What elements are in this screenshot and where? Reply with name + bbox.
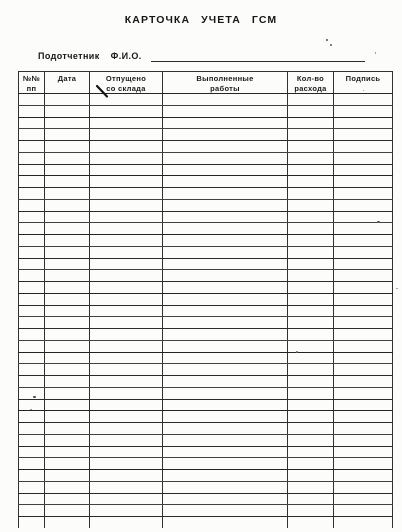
table-row bbox=[19, 376, 393, 388]
scan-speck bbox=[330, 44, 332, 46]
empty-cell bbox=[90, 270, 163, 282]
col-header-number: №№ пп bbox=[19, 72, 45, 94]
table-region: №№ пп Дата Отпущено со склада bbox=[18, 71, 396, 528]
empty-cell bbox=[19, 235, 45, 247]
empty-cell bbox=[163, 340, 288, 352]
col-header-line: Дата bbox=[45, 74, 89, 84]
empty-cell bbox=[288, 446, 334, 458]
empty-cell bbox=[90, 258, 163, 270]
empty-cell bbox=[45, 282, 90, 294]
empty-cell bbox=[19, 152, 45, 164]
empty-cell bbox=[288, 352, 334, 364]
scan-speck bbox=[396, 288, 398, 289]
empty-cell bbox=[45, 188, 90, 200]
col-header-line: пп bbox=[19, 84, 44, 94]
form-title: КАРТОЧКА УЧЕТА ГСМ bbox=[0, 14, 402, 26]
empty-cell bbox=[19, 164, 45, 176]
empty-cell bbox=[334, 94, 393, 106]
scan-speck bbox=[33, 396, 36, 398]
empty-cell bbox=[19, 305, 45, 317]
empty-cell bbox=[45, 517, 90, 529]
table-row bbox=[19, 129, 393, 141]
table-row bbox=[19, 270, 393, 282]
empty-cell bbox=[90, 235, 163, 247]
empty-cell bbox=[19, 481, 45, 493]
empty-cell bbox=[334, 105, 393, 117]
empty-cell bbox=[90, 505, 163, 517]
empty-cell bbox=[19, 258, 45, 270]
table-row bbox=[19, 94, 393, 106]
empty-cell bbox=[163, 434, 288, 446]
empty-cell bbox=[288, 117, 334, 129]
empty-cell bbox=[45, 411, 90, 423]
empty-cell bbox=[45, 199, 90, 211]
empty-cell bbox=[45, 293, 90, 305]
empty-cell bbox=[288, 141, 334, 153]
empty-cell bbox=[334, 152, 393, 164]
table-row bbox=[19, 246, 393, 258]
empty-cell bbox=[163, 305, 288, 317]
empty-cell bbox=[288, 164, 334, 176]
table-row bbox=[19, 505, 393, 517]
empty-cell bbox=[45, 246, 90, 258]
empty-cell bbox=[163, 282, 288, 294]
empty-cell bbox=[288, 340, 334, 352]
empty-cell bbox=[163, 329, 288, 341]
empty-cell bbox=[163, 411, 288, 423]
col-header-line: Кол-во bbox=[288, 74, 333, 84]
empty-cell bbox=[45, 364, 90, 376]
empty-cell bbox=[19, 105, 45, 117]
empty-cell bbox=[45, 423, 90, 435]
empty-cell bbox=[334, 282, 393, 294]
empty-cell bbox=[163, 94, 288, 106]
empty-cell bbox=[19, 517, 45, 529]
empty-cell bbox=[19, 352, 45, 364]
empty-cell bbox=[19, 423, 45, 435]
empty-cell bbox=[90, 423, 163, 435]
empty-cell bbox=[90, 141, 163, 153]
col-header-line: расхода bbox=[288, 84, 333, 94]
empty-cell bbox=[90, 411, 163, 423]
empty-cell bbox=[19, 94, 45, 106]
accountable-person-row: Подотчетник Ф.И.О. bbox=[38, 49, 365, 62]
empty-cell bbox=[334, 411, 393, 423]
empty-cell bbox=[288, 399, 334, 411]
col-header-line: №№ bbox=[19, 74, 44, 84]
empty-cell bbox=[288, 258, 334, 270]
empty-cell bbox=[163, 176, 288, 188]
fio-label: Ф.И.О. bbox=[111, 51, 142, 62]
table-row bbox=[19, 411, 393, 423]
empty-cell bbox=[334, 387, 393, 399]
table-row bbox=[19, 517, 393, 529]
empty-cell bbox=[334, 423, 393, 435]
empty-cell bbox=[90, 446, 163, 458]
table-row bbox=[19, 258, 393, 270]
col-header-line: Выполненные bbox=[163, 74, 287, 84]
empty-cell bbox=[334, 329, 393, 341]
empty-cell bbox=[334, 176, 393, 188]
empty-cell bbox=[163, 246, 288, 258]
empty-cell bbox=[45, 105, 90, 117]
empty-cell bbox=[90, 293, 163, 305]
empty-cell bbox=[45, 152, 90, 164]
empty-cell bbox=[90, 105, 163, 117]
empty-cell bbox=[90, 481, 163, 493]
empty-cell bbox=[19, 411, 45, 423]
empty-cell bbox=[90, 211, 163, 223]
scan-speck bbox=[296, 351, 298, 353]
empty-cell bbox=[288, 223, 334, 235]
empty-cell bbox=[288, 270, 334, 282]
empty-cell bbox=[334, 317, 393, 329]
empty-cell bbox=[163, 517, 288, 529]
empty-cell bbox=[288, 293, 334, 305]
empty-cell bbox=[288, 470, 334, 482]
empty-cell bbox=[334, 517, 393, 529]
empty-cell bbox=[163, 458, 288, 470]
empty-cell bbox=[163, 164, 288, 176]
col-header-line: работы bbox=[163, 84, 287, 94]
table-row bbox=[19, 317, 393, 329]
empty-cell bbox=[19, 141, 45, 153]
table-row bbox=[19, 152, 393, 164]
empty-cell bbox=[19, 364, 45, 376]
empty-cell bbox=[45, 235, 90, 247]
empty-cell bbox=[90, 493, 163, 505]
empty-cell bbox=[19, 246, 45, 258]
empty-cell bbox=[19, 117, 45, 129]
empty-cell bbox=[90, 434, 163, 446]
empty-cell bbox=[288, 423, 334, 435]
empty-cell bbox=[334, 446, 393, 458]
empty-cell bbox=[45, 258, 90, 270]
empty-cell bbox=[90, 387, 163, 399]
col-header-line: Отпущено bbox=[90, 74, 162, 84]
empty-cell bbox=[90, 317, 163, 329]
empty-cell bbox=[163, 317, 288, 329]
empty-cell bbox=[90, 117, 163, 129]
table-row bbox=[19, 470, 393, 482]
empty-cell bbox=[163, 446, 288, 458]
empty-cell bbox=[19, 199, 45, 211]
empty-cell bbox=[19, 270, 45, 282]
empty-cell bbox=[45, 270, 90, 282]
scan-speck bbox=[363, 90, 364, 91]
empty-cell bbox=[19, 223, 45, 235]
fuel-log-table: №№ пп Дата Отпущено со склада bbox=[18, 71, 393, 528]
empty-cell bbox=[334, 117, 393, 129]
empty-cell bbox=[45, 141, 90, 153]
empty-cell bbox=[45, 164, 90, 176]
empty-cell bbox=[90, 282, 163, 294]
empty-cell bbox=[163, 493, 288, 505]
col-header-line: Подпись bbox=[334, 74, 392, 84]
empty-cell bbox=[45, 505, 90, 517]
empty-cell bbox=[163, 270, 288, 282]
empty-cell bbox=[45, 470, 90, 482]
table-row bbox=[19, 399, 393, 411]
empty-cell bbox=[163, 376, 288, 388]
empty-cell bbox=[163, 152, 288, 164]
header-row: №№ пп Дата Отпущено со склада bbox=[19, 72, 393, 94]
col-header-performed-works: Выполненные работы bbox=[163, 72, 288, 94]
empty-cell bbox=[334, 434, 393, 446]
empty-cell bbox=[288, 434, 334, 446]
table-row bbox=[19, 164, 393, 176]
empty-cell bbox=[19, 458, 45, 470]
table-row bbox=[19, 493, 393, 505]
empty-cell bbox=[163, 199, 288, 211]
empty-cell bbox=[288, 481, 334, 493]
table-row bbox=[19, 434, 393, 446]
empty-cell bbox=[45, 176, 90, 188]
table-row bbox=[19, 105, 393, 117]
scan-speck bbox=[375, 52, 376, 54]
empty-cell bbox=[163, 258, 288, 270]
table-row bbox=[19, 282, 393, 294]
empty-cell bbox=[45, 481, 90, 493]
empty-cell bbox=[288, 152, 334, 164]
empty-cell bbox=[90, 329, 163, 341]
empty-cell bbox=[19, 211, 45, 223]
empty-cell bbox=[163, 235, 288, 247]
table-row bbox=[19, 329, 393, 341]
fuel-card-form: КАРТОЧКА УЧЕТА ГСМ Подотчетник Ф.И.О. №№… bbox=[0, 0, 402, 532]
empty-cell bbox=[288, 129, 334, 141]
empty-cell bbox=[19, 188, 45, 200]
empty-cell bbox=[163, 117, 288, 129]
empty-cell bbox=[288, 317, 334, 329]
empty-cell bbox=[19, 470, 45, 482]
empty-cell bbox=[334, 188, 393, 200]
empty-cell bbox=[288, 411, 334, 423]
empty-cell bbox=[334, 352, 393, 364]
table-row bbox=[19, 352, 393, 364]
empty-cell bbox=[288, 376, 334, 388]
empty-cell bbox=[163, 223, 288, 235]
table-row bbox=[19, 176, 393, 188]
empty-cell bbox=[334, 305, 393, 317]
table-row bbox=[19, 293, 393, 305]
table-row bbox=[19, 141, 393, 153]
table-row bbox=[19, 211, 393, 223]
empty-cell bbox=[45, 223, 90, 235]
empty-cell bbox=[19, 293, 45, 305]
empty-cell bbox=[90, 152, 163, 164]
empty-cell bbox=[90, 188, 163, 200]
empty-cell bbox=[334, 470, 393, 482]
table-header: №№ пп Дата Отпущено со склада bbox=[19, 72, 393, 94]
empty-cell bbox=[19, 129, 45, 141]
empty-cell bbox=[45, 129, 90, 141]
empty-cell bbox=[45, 117, 90, 129]
empty-cell bbox=[288, 235, 334, 247]
empty-cell bbox=[45, 340, 90, 352]
empty-cell bbox=[334, 129, 393, 141]
empty-cell bbox=[45, 399, 90, 411]
empty-cell bbox=[45, 211, 90, 223]
empty-cell bbox=[334, 199, 393, 211]
empty-cell bbox=[163, 293, 288, 305]
empty-cell bbox=[90, 399, 163, 411]
empty-cell bbox=[334, 293, 393, 305]
empty-cell bbox=[163, 364, 288, 376]
empty-cell bbox=[334, 164, 393, 176]
col-header-date: Дата bbox=[45, 72, 90, 94]
empty-cell bbox=[45, 317, 90, 329]
empty-cell bbox=[288, 305, 334, 317]
empty-cell bbox=[334, 399, 393, 411]
empty-cell bbox=[288, 505, 334, 517]
empty-cell bbox=[19, 493, 45, 505]
table-row bbox=[19, 305, 393, 317]
empty-cell bbox=[45, 376, 90, 388]
empty-cell bbox=[45, 305, 90, 317]
empty-cell bbox=[334, 270, 393, 282]
empty-cell bbox=[90, 340, 163, 352]
empty-cell bbox=[90, 246, 163, 258]
col-header-issued-from-warehouse: Отпущено со склада bbox=[90, 72, 163, 94]
empty-cell bbox=[288, 94, 334, 106]
table-row bbox=[19, 446, 393, 458]
empty-cell bbox=[90, 470, 163, 482]
empty-cell bbox=[90, 223, 163, 235]
table-row bbox=[19, 235, 393, 247]
empty-cell bbox=[288, 211, 334, 223]
empty-cell bbox=[334, 258, 393, 270]
table-row bbox=[19, 458, 393, 470]
empty-cell bbox=[90, 376, 163, 388]
empty-cell bbox=[45, 446, 90, 458]
empty-cell bbox=[288, 199, 334, 211]
empty-cell bbox=[90, 364, 163, 376]
pen-slash-mark bbox=[96, 85, 109, 98]
table-row bbox=[19, 387, 393, 399]
empty-cell bbox=[334, 458, 393, 470]
empty-cell bbox=[90, 352, 163, 364]
empty-cell bbox=[163, 470, 288, 482]
empty-cell bbox=[163, 481, 288, 493]
scan-speck bbox=[326, 39, 328, 41]
scan-speck bbox=[30, 409, 32, 410]
empty-cell bbox=[45, 458, 90, 470]
empty-cell bbox=[163, 211, 288, 223]
empty-cell bbox=[90, 176, 163, 188]
empty-cell bbox=[90, 305, 163, 317]
table-row bbox=[19, 188, 393, 200]
empty-cell bbox=[19, 176, 45, 188]
empty-cell bbox=[288, 329, 334, 341]
empty-cell bbox=[288, 458, 334, 470]
empty-cell bbox=[45, 94, 90, 106]
empty-cell bbox=[163, 352, 288, 364]
empty-cell bbox=[19, 387, 45, 399]
empty-cell bbox=[45, 493, 90, 505]
fio-blank-line bbox=[151, 50, 365, 62]
empty-cell bbox=[19, 434, 45, 446]
empty-cell bbox=[19, 282, 45, 294]
empty-cell bbox=[45, 329, 90, 341]
empty-cell bbox=[163, 387, 288, 399]
table-row bbox=[19, 364, 393, 376]
table-row bbox=[19, 481, 393, 493]
empty-cell bbox=[45, 434, 90, 446]
table-row bbox=[19, 117, 393, 129]
empty-cell bbox=[163, 505, 288, 517]
empty-cell bbox=[19, 505, 45, 517]
empty-cell bbox=[288, 517, 334, 529]
table-row bbox=[19, 199, 393, 211]
empty-cell bbox=[288, 282, 334, 294]
empty-cell bbox=[288, 387, 334, 399]
empty-cell bbox=[19, 376, 45, 388]
empty-cell bbox=[288, 364, 334, 376]
scan-speck bbox=[377, 221, 380, 223]
empty-cell bbox=[90, 129, 163, 141]
empty-cell bbox=[334, 141, 393, 153]
empty-cell bbox=[163, 188, 288, 200]
empty-cell bbox=[334, 364, 393, 376]
empty-cell bbox=[163, 141, 288, 153]
empty-cell bbox=[288, 246, 334, 258]
empty-cell bbox=[288, 176, 334, 188]
empty-cell bbox=[334, 376, 393, 388]
table-row bbox=[19, 423, 393, 435]
empty-cell bbox=[90, 199, 163, 211]
empty-cell bbox=[45, 387, 90, 399]
empty-cell bbox=[163, 399, 288, 411]
empty-cell bbox=[334, 340, 393, 352]
empty-cell bbox=[90, 517, 163, 529]
empty-cell bbox=[334, 246, 393, 258]
empty-cell bbox=[334, 211, 393, 223]
empty-cell bbox=[90, 458, 163, 470]
empty-cell bbox=[19, 317, 45, 329]
col-header-consumption-amount: Кол-во расхода bbox=[288, 72, 334, 94]
empty-cell bbox=[45, 352, 90, 364]
empty-cell bbox=[288, 188, 334, 200]
empty-cell bbox=[19, 446, 45, 458]
empty-cell bbox=[334, 505, 393, 517]
empty-cell bbox=[334, 481, 393, 493]
empty-cell bbox=[334, 235, 393, 247]
empty-cell bbox=[288, 105, 334, 117]
table-row bbox=[19, 340, 393, 352]
empty-cell bbox=[334, 223, 393, 235]
empty-cell bbox=[163, 129, 288, 141]
empty-cell bbox=[288, 493, 334, 505]
empty-cell bbox=[163, 105, 288, 117]
empty-cell bbox=[334, 493, 393, 505]
empty-cell bbox=[19, 329, 45, 341]
table-body bbox=[19, 94, 393, 529]
empty-cell bbox=[90, 164, 163, 176]
accountable-person-label: Подотчетник bbox=[38, 51, 100, 62]
empty-cell bbox=[19, 340, 45, 352]
empty-cell bbox=[163, 423, 288, 435]
table-row bbox=[19, 223, 393, 235]
